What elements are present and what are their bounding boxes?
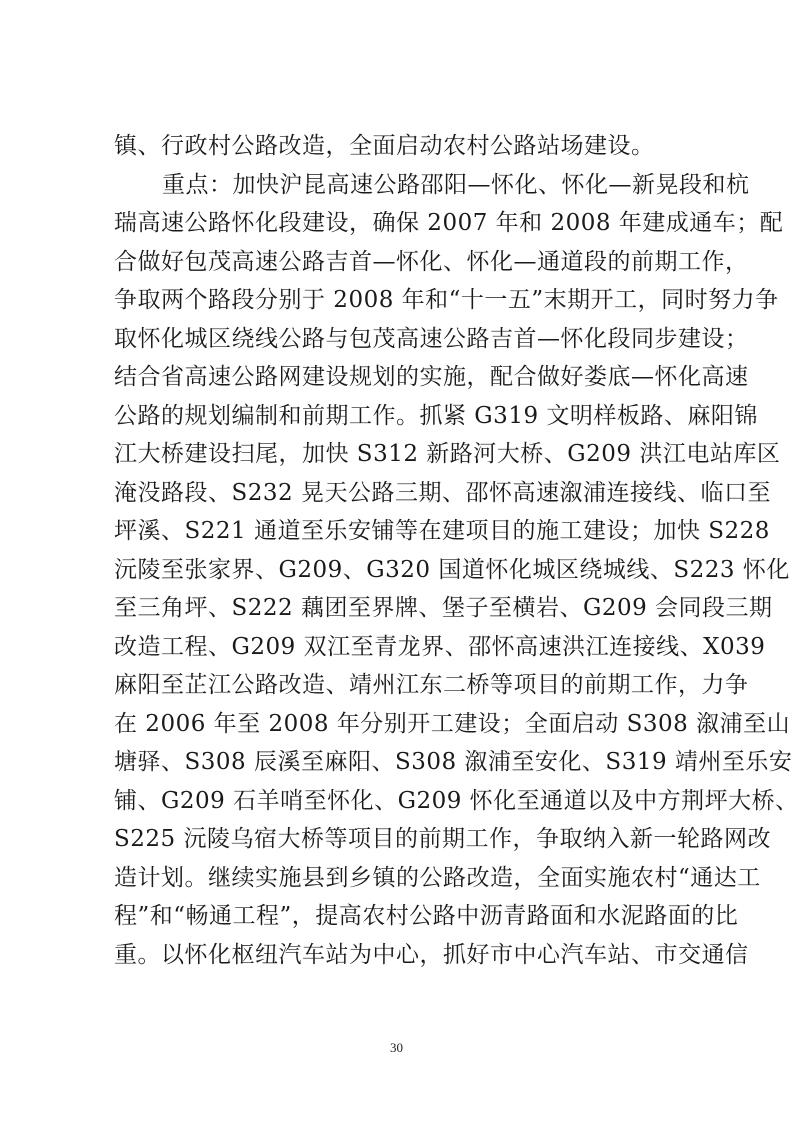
text-line: 塘驿、S308 辰溪至麻阳、S308 溆浦至安化、S319 靖州至乐安 — [114, 743, 689, 782]
text-line: 沅陵至张家界、G209、G320 国道怀化城区绕城线、S223 怀化 — [114, 551, 689, 590]
text-line: 合做好包茂高速公路吉首—怀化、怀化—通道段的前期工作， — [114, 243, 689, 282]
text-line: 公路的规划编制和前期工作。抓紧 G319 文明样板路、麻阳锦 — [114, 397, 689, 436]
paragraph-first-line: 重点：加快沪昆高速公路邵阳—怀化、怀化—新晃段和杭 — [114, 166, 689, 205]
text-line: 在 2006 年至 2008 年分别开工建设；全面启动 S308 溆浦至山 — [114, 705, 689, 744]
text-line: 镇、行政村公路改造，全面启动农村公路站场建设。 — [114, 127, 689, 166]
text-line: 至三角坪、S222 藕团至界牌、堡子至横岩、G209 会同段三期 — [114, 589, 689, 628]
text-line: 结合省高速公路网建设规划的实施，配合做好娄底—怀化高速 — [114, 358, 689, 397]
text-line: S225 沅陵乌宿大桥等项目的前期工作，争取纳入新一轮路网改 — [114, 820, 689, 859]
text-line: 重。以怀化枢纽汽车站为中心，抓好市中心汽车站、市交通信 — [114, 936, 689, 975]
text-line: 改造工程、G209 双江至青龙界、邵怀高速洪江连接线、X039 — [114, 628, 689, 667]
text-line: 瑞高速公路怀化段建设，确保 2007 年和 2008 年建成通车；配 — [114, 204, 689, 243]
text-line: 麻阳至芷江公路改造、靖州江东二桥等项目的前期工作，力争 — [114, 666, 689, 705]
text-line: 取怀化城区绕线公路与包茂高速公路吉首—怀化段同步建设； — [114, 320, 689, 359]
document-page: 镇、行政村公路改造，全面启动农村公路站场建设。 重点：加快沪昆高速公路邵阳—怀化… — [0, 0, 793, 1122]
body-text: 镇、行政村公路改造，全面启动农村公路站场建设。 重点：加快沪昆高速公路邵阳—怀化… — [114, 127, 689, 974]
text-line: 程”和“畅通工程”，提高农村公路中沥青路面和水泥路面的比 — [114, 897, 689, 936]
text-line: 江大桥建设扫尾，加快 S312 新路河大桥、G209 洪江电站库区 — [114, 435, 689, 474]
text-line: 铺、G209 石羊哨至怀化、G209 怀化至通道以及中方荆坪大桥、 — [114, 782, 689, 821]
text-line: 淹没路段、S232 晃天公路三期、邵怀高速溆浦连接线、临口至 — [114, 474, 689, 513]
text-line: 造计划。继续实施县到乡镇的公路改造，全面实施农村“通达工 — [114, 859, 689, 898]
text-line: 坪溪、S221 通道至乐安铺等在建项目的施工建设；加快 S228 — [114, 512, 689, 551]
text-line: 争取两个路段分别于 2008 年和“十一五”末期开工，同时努力争 — [114, 281, 689, 320]
page-number: 30 — [0, 1040, 793, 1056]
